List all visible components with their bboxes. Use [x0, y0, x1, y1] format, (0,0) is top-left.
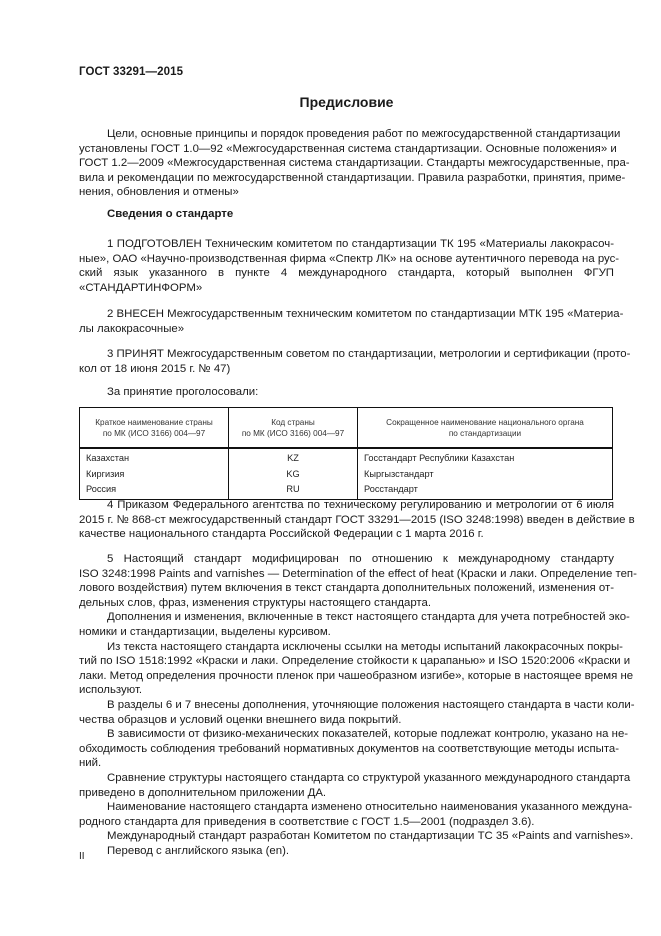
text-line: 5 Настоящий стандарт модифицирован по от… [79, 552, 614, 567]
text-line: В разделы 6 и 7 внесены дополнения, уточ… [79, 698, 614, 713]
text-line: чества образцов и условий оценки внешнег… [79, 713, 614, 728]
voted-label: За принятие проголосовали: [107, 386, 258, 398]
text-line: Сравнение структуры настоящего стандарта… [79, 771, 614, 786]
text-line: кол от 18 июня 2015 г. № 47) [79, 362, 614, 377]
header-line: Краткое наименование страны [84, 417, 224, 428]
text-line: ский язык указанного в пункте 4 междунар… [79, 266, 614, 281]
text-line: нения, обновления и отмены» [79, 185, 614, 200]
page-title: Предисловие [79, 94, 614, 110]
item-5-modification: 5 Настоящий стандарт модифицирован по от… [79, 552, 614, 858]
text-line: ний. [79, 756, 614, 771]
text-line: используют. [79, 683, 614, 698]
table-header-row: Краткое наименование страны по МК (ИСО 3… [80, 408, 613, 449]
cell-country: Россия [80, 482, 229, 499]
text-line: номики и стандартизации, выделены курсив… [79, 625, 614, 640]
text-line: лового воздействия) путем включения в те… [79, 581, 614, 596]
text-line: качестве национального стандарта Российс… [79, 527, 614, 542]
voting-countries-table: Краткое наименование страны по МК (ИСО 3… [79, 407, 613, 500]
cell-national-body: Госстандарт Республики Казахстан [358, 448, 613, 467]
document-id-header: ГОСТ 33291—2015 [79, 66, 183, 78]
text-line: ные», ОАО «Научно-производственная фирма… [79, 252, 614, 267]
page-number: II [79, 851, 85, 862]
header-line: Сокращенное наименование национального о… [362, 417, 608, 428]
text-line: 2015 г. № 868-ст межгосударственный стан… [79, 513, 614, 528]
text-line: Наименование настоящего стандарта измене… [79, 800, 614, 815]
text-line: тий по ISO 1518:1992 «Краски и лаки. Опр… [79, 654, 614, 669]
text-line: дельных слов, фраз, изменения структуры … [79, 596, 614, 611]
table-row: Киргизия KG Кыргызстандарт [80, 467, 613, 483]
text-line: Международный стандарт разработан Комите… [79, 829, 614, 844]
text-line: лы лакокрасочные» [79, 322, 614, 337]
text-line: обходимость соблюдения требований нормат… [79, 742, 614, 757]
item-4-order: 4 Приказом Федерального агентства по тех… [79, 498, 614, 542]
cell-code: KZ [229, 448, 358, 467]
text-line: 4 Приказом Федерального агентства по тех… [79, 498, 614, 513]
header-line: Код страны [233, 417, 353, 428]
text-line: «СТАНДАРТИНФОРМ» [79, 281, 614, 296]
text-line: приведено в дополнительном приложении ДА… [79, 786, 614, 801]
cell-code: RU [229, 482, 358, 499]
item-2-submitted: 2 ВНЕСЕН Межгосударственным техническим … [79, 307, 614, 336]
intro-paragraph: Цели, основные принципы и порядок провед… [79, 127, 614, 200]
text-line: Из текста настоящего стандарта исключены… [79, 640, 614, 655]
header-line: по МК (ИСО 3166) 004—97 [84, 428, 224, 439]
cell-country: Киргизия [80, 467, 229, 483]
column-header-national-body: Сокращенное наименование национального о… [358, 408, 613, 449]
column-header-country: Краткое наименование страны по МК (ИСО 3… [80, 408, 229, 449]
text-line: вила и рекомендации по межгосударственно… [79, 171, 614, 186]
text-line: лаки. Метод определения прочности пленок… [79, 669, 614, 684]
item-1-prepared: 1 ПОДГОТОВЛЕН Техническим комитетом по с… [79, 237, 614, 295]
text-line: 2 ВНЕСЕН Межгосударственным техническим … [79, 307, 614, 322]
header-line: по МК (ИСО 3166) 004—97 [233, 428, 353, 439]
column-header-code: Код страны по МК (ИСО 3166) 004—97 [229, 408, 358, 449]
item-3-adopted: 3 ПРИНЯТ Межгосударственным советом по с… [79, 347, 614, 376]
text-line: 1 ПОДГОТОВЛЕН Техническим комитетом по с… [79, 237, 614, 252]
cell-country: Казахстан [80, 448, 229, 467]
cell-national-body: Кыргызстандарт [358, 467, 613, 483]
cell-national-body: Росстандарт [358, 482, 613, 499]
text-line: установлены ГОСТ 1.0—92 «Межгосударствен… [79, 142, 614, 157]
table-row: Россия RU Росстандарт [80, 482, 613, 499]
section-heading: Сведения о стандарте [107, 208, 233, 220]
cell-code: KG [229, 467, 358, 483]
text-line: ISO 3248:1998 Paints and varnishes — Det… [79, 567, 614, 582]
text-line: В зависимости от физико-механических пок… [79, 727, 614, 742]
text-line: Перевод с английского языка (en). [79, 844, 614, 859]
text-line: Дополнения и изменения, включенные в тек… [79, 610, 614, 625]
header-line: по стандартизации [362, 428, 608, 439]
text-line: родного стандарта для приведения в соотв… [79, 815, 614, 830]
text-line: 3 ПРИНЯТ Межгосударственным советом по с… [79, 347, 614, 362]
text-line: ГОСТ 1.2—2009 «Межгосударственная систем… [79, 156, 614, 171]
table-row: Казахстан KZ Госстандарт Республики Каза… [80, 448, 613, 467]
text-line: Цели, основные принципы и порядок провед… [79, 127, 614, 142]
